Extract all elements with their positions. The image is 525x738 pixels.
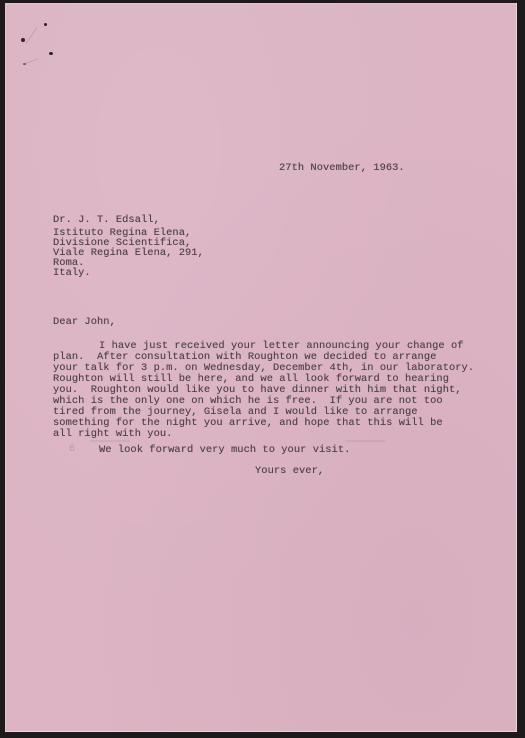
margin-number: 6 xyxy=(69,444,75,455)
letter-date: 27th November, 1963. xyxy=(279,162,405,175)
scratch-mark xyxy=(25,58,38,64)
smudge-mark xyxy=(345,440,385,442)
paper-edge xyxy=(516,3,517,732)
smudge-mark xyxy=(90,440,130,442)
ink-mark xyxy=(49,52,53,55)
address-line: Italy. xyxy=(53,267,91,280)
address-line: Dr. J. T. Edsall, xyxy=(53,214,160,227)
ink-mark xyxy=(44,23,47,26)
ink-mark xyxy=(21,38,25,42)
paper-edge xyxy=(5,731,517,732)
closing: Yours ever, xyxy=(255,465,324,478)
scratch-mark xyxy=(25,27,37,44)
body-paragraph-2: We look forward very much to your visit. xyxy=(99,444,350,457)
salutation: Dear John, xyxy=(53,316,116,329)
scanned-letter: 27th November, 1963. Dr. J. T. Edsall, I… xyxy=(0,0,525,738)
letter-paper: 27th November, 1963. Dr. J. T. Edsall, I… xyxy=(5,3,517,732)
